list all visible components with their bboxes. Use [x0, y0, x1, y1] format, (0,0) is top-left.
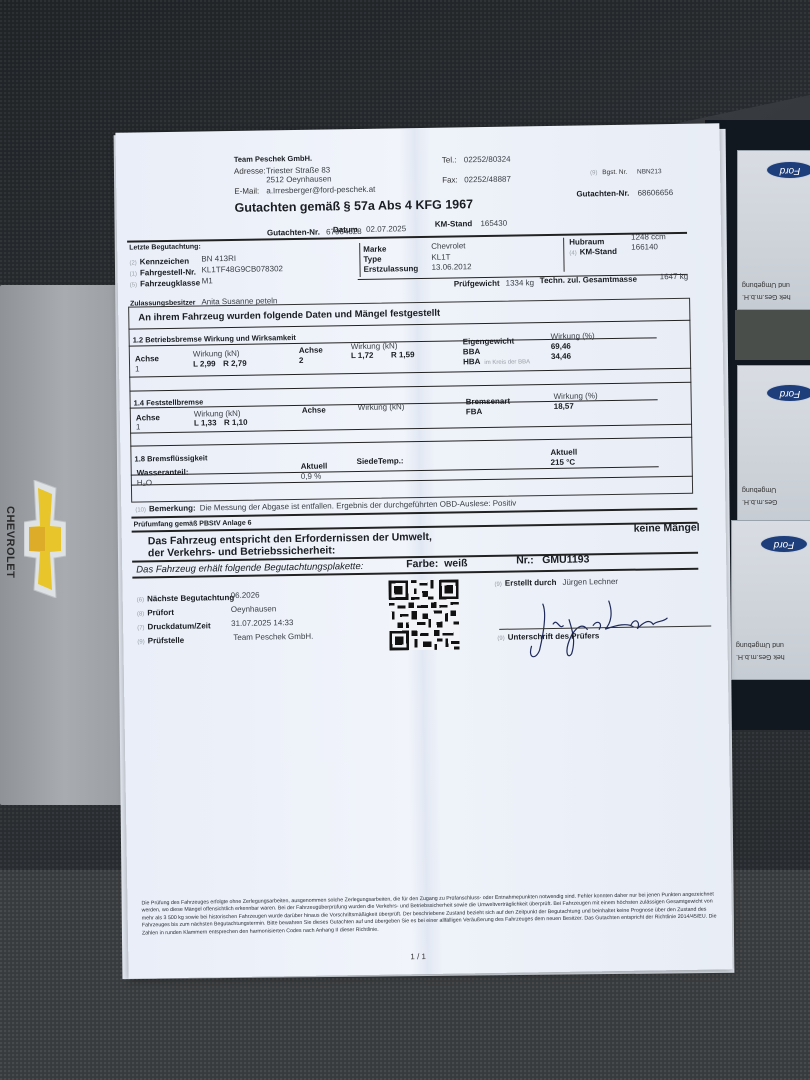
inspection-location: Oeynhausen — [231, 604, 277, 614]
verdict-no-defects: keine Mängel — [634, 522, 700, 535]
ford-logo-icon: Ford — [760, 535, 808, 553]
inspection-report-document: Team Peschek GmbH. Adresse: Triester Str… — [115, 123, 732, 978]
water-content: 0,9 % — [301, 472, 322, 481]
chevrolet-brand-text: CHEVROLET — [4, 506, 16, 586]
sticker-number: GMU1193 — [542, 553, 589, 566]
created-by: Jürgen Lechner — [562, 577, 618, 587]
ford-logo-icon: Ford — [766, 384, 810, 402]
sticker-color: weiß — [444, 557, 468, 569]
axle1-left-force: L 2,99 — [193, 359, 216, 368]
axle2-right-force: R 1,59 — [391, 350, 415, 359]
company-name: Team Peschek GmbH. — [234, 154, 312, 164]
scope-text: Prüfumfang gemäß PBStV Anlage 6 — [134, 520, 252, 529]
parking-brake-efficiency: 18,57 — [554, 402, 574, 411]
parking-right-force: R 1,10 — [224, 418, 248, 427]
report-number: 68606656 — [637, 188, 673, 198]
legal-fine-print: Die Prüfung des Fahrzeuges erfolgte ohne… — [141, 891, 720, 937]
axle2-left-force: L 1,72 — [351, 351, 374, 360]
chevrolet-bowtie-icon — [24, 480, 66, 598]
parking-left-force: L 1,33 — [194, 418, 217, 427]
current-km: 166140 — [631, 242, 658, 251]
make: Chevrolet — [431, 241, 465, 251]
qr-code-icon — [388, 579, 459, 650]
vehicle-type: KL1T — [431, 253, 450, 262]
branch-number: NBN213 — [637, 168, 662, 175]
address-line2: 2512 Oeynhausen — [266, 174, 332, 184]
license-plate: BN 413RI — [201, 254, 236, 264]
vehicle-class: M1 — [202, 276, 213, 285]
displacement: 1248 ccm — [631, 232, 666, 242]
first-registration: 13.06.2012 — [431, 262, 471, 272]
last-inspection-date: 02.07.2025 — [366, 224, 406, 234]
vin: KL1TF48G9CB078302 — [201, 264, 283, 274]
axle1-right-force: R 2,79 — [223, 359, 247, 368]
auxiliary-brake-efficiency: 34,46 — [551, 352, 571, 361]
ford-logo-icon: Ford — [766, 161, 810, 179]
report-title: Gutachten gemäß § 57a Abs 4 KFG 1967 — [234, 197, 473, 215]
inspection-station: Team Peschek GmbH. — [233, 632, 313, 642]
phone: 02252/80324 — [464, 155, 511, 165]
print-datetime: 31.07.2025 14:33 — [231, 618, 293, 628]
gross-weight: 1647 kg — [660, 272, 689, 281]
last-km: 165430 — [480, 219, 507, 228]
email: a.Irresberger@ford-peschek.at — [266, 185, 375, 196]
service-brake-efficiency: 69,46 — [551, 342, 571, 351]
boiling-temperature: 215 °C — [551, 458, 576, 467]
test-weight: 1334 kg — [506, 278, 535, 287]
fax: 02252/48887 — [464, 175, 511, 185]
page-number: 1 / 1 — [410, 952, 426, 961]
next-inspection: 06.2026 — [231, 591, 260, 600]
